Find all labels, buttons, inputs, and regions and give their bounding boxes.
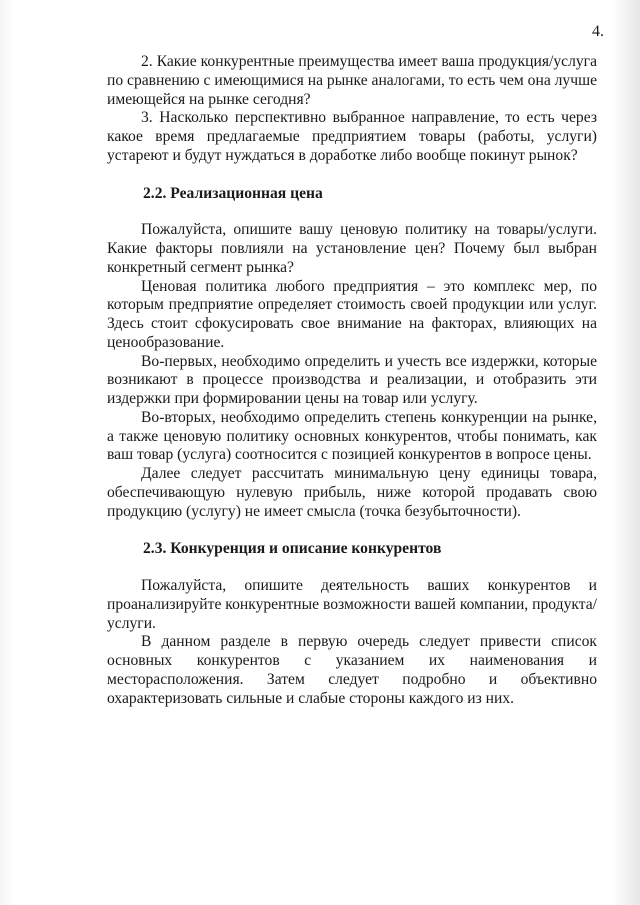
page-number: 4. xyxy=(592,22,604,42)
pricing-paragraph: Пожалуйста, опишите вашу ценовую политик… xyxy=(107,221,597,277)
spacer xyxy=(107,559,597,577)
spacer xyxy=(107,521,597,540)
pricing-paragraph: Далее следует рассчитать минимальную цен… xyxy=(107,465,597,521)
intro-paragraph-3: 3. Насколько перспективно выбранное напр… xyxy=(107,109,597,165)
section-heading-pricing: 2.2. Реализационная цена xyxy=(107,185,597,204)
competition-paragraph: В данном разделе в первую очередь следуе… xyxy=(107,633,597,708)
document-body: 2. Какие конкурентные преимущества имеет… xyxy=(107,53,597,708)
pricing-paragraph: Ценовая политика любого предприятия – эт… xyxy=(107,278,597,353)
section-heading-competition: 2.3. Конкуренция и описание конкурентов xyxy=(107,540,597,559)
pricing-paragraph: Во-первых, необходимо определить и учест… xyxy=(107,353,597,409)
competition-paragraph: Пожалуйста, опишите деятельность ваших к… xyxy=(107,577,597,633)
intro-paragraph-2: 2. Какие конкурентные преимущества имеет… xyxy=(107,53,597,109)
pricing-paragraph: Во-вторых, необходимо определить степень… xyxy=(107,409,597,465)
spacer xyxy=(107,166,597,185)
spacer xyxy=(107,203,597,221)
document-page: 4. 2. Какие конкурентные преимущества им… xyxy=(0,0,640,905)
